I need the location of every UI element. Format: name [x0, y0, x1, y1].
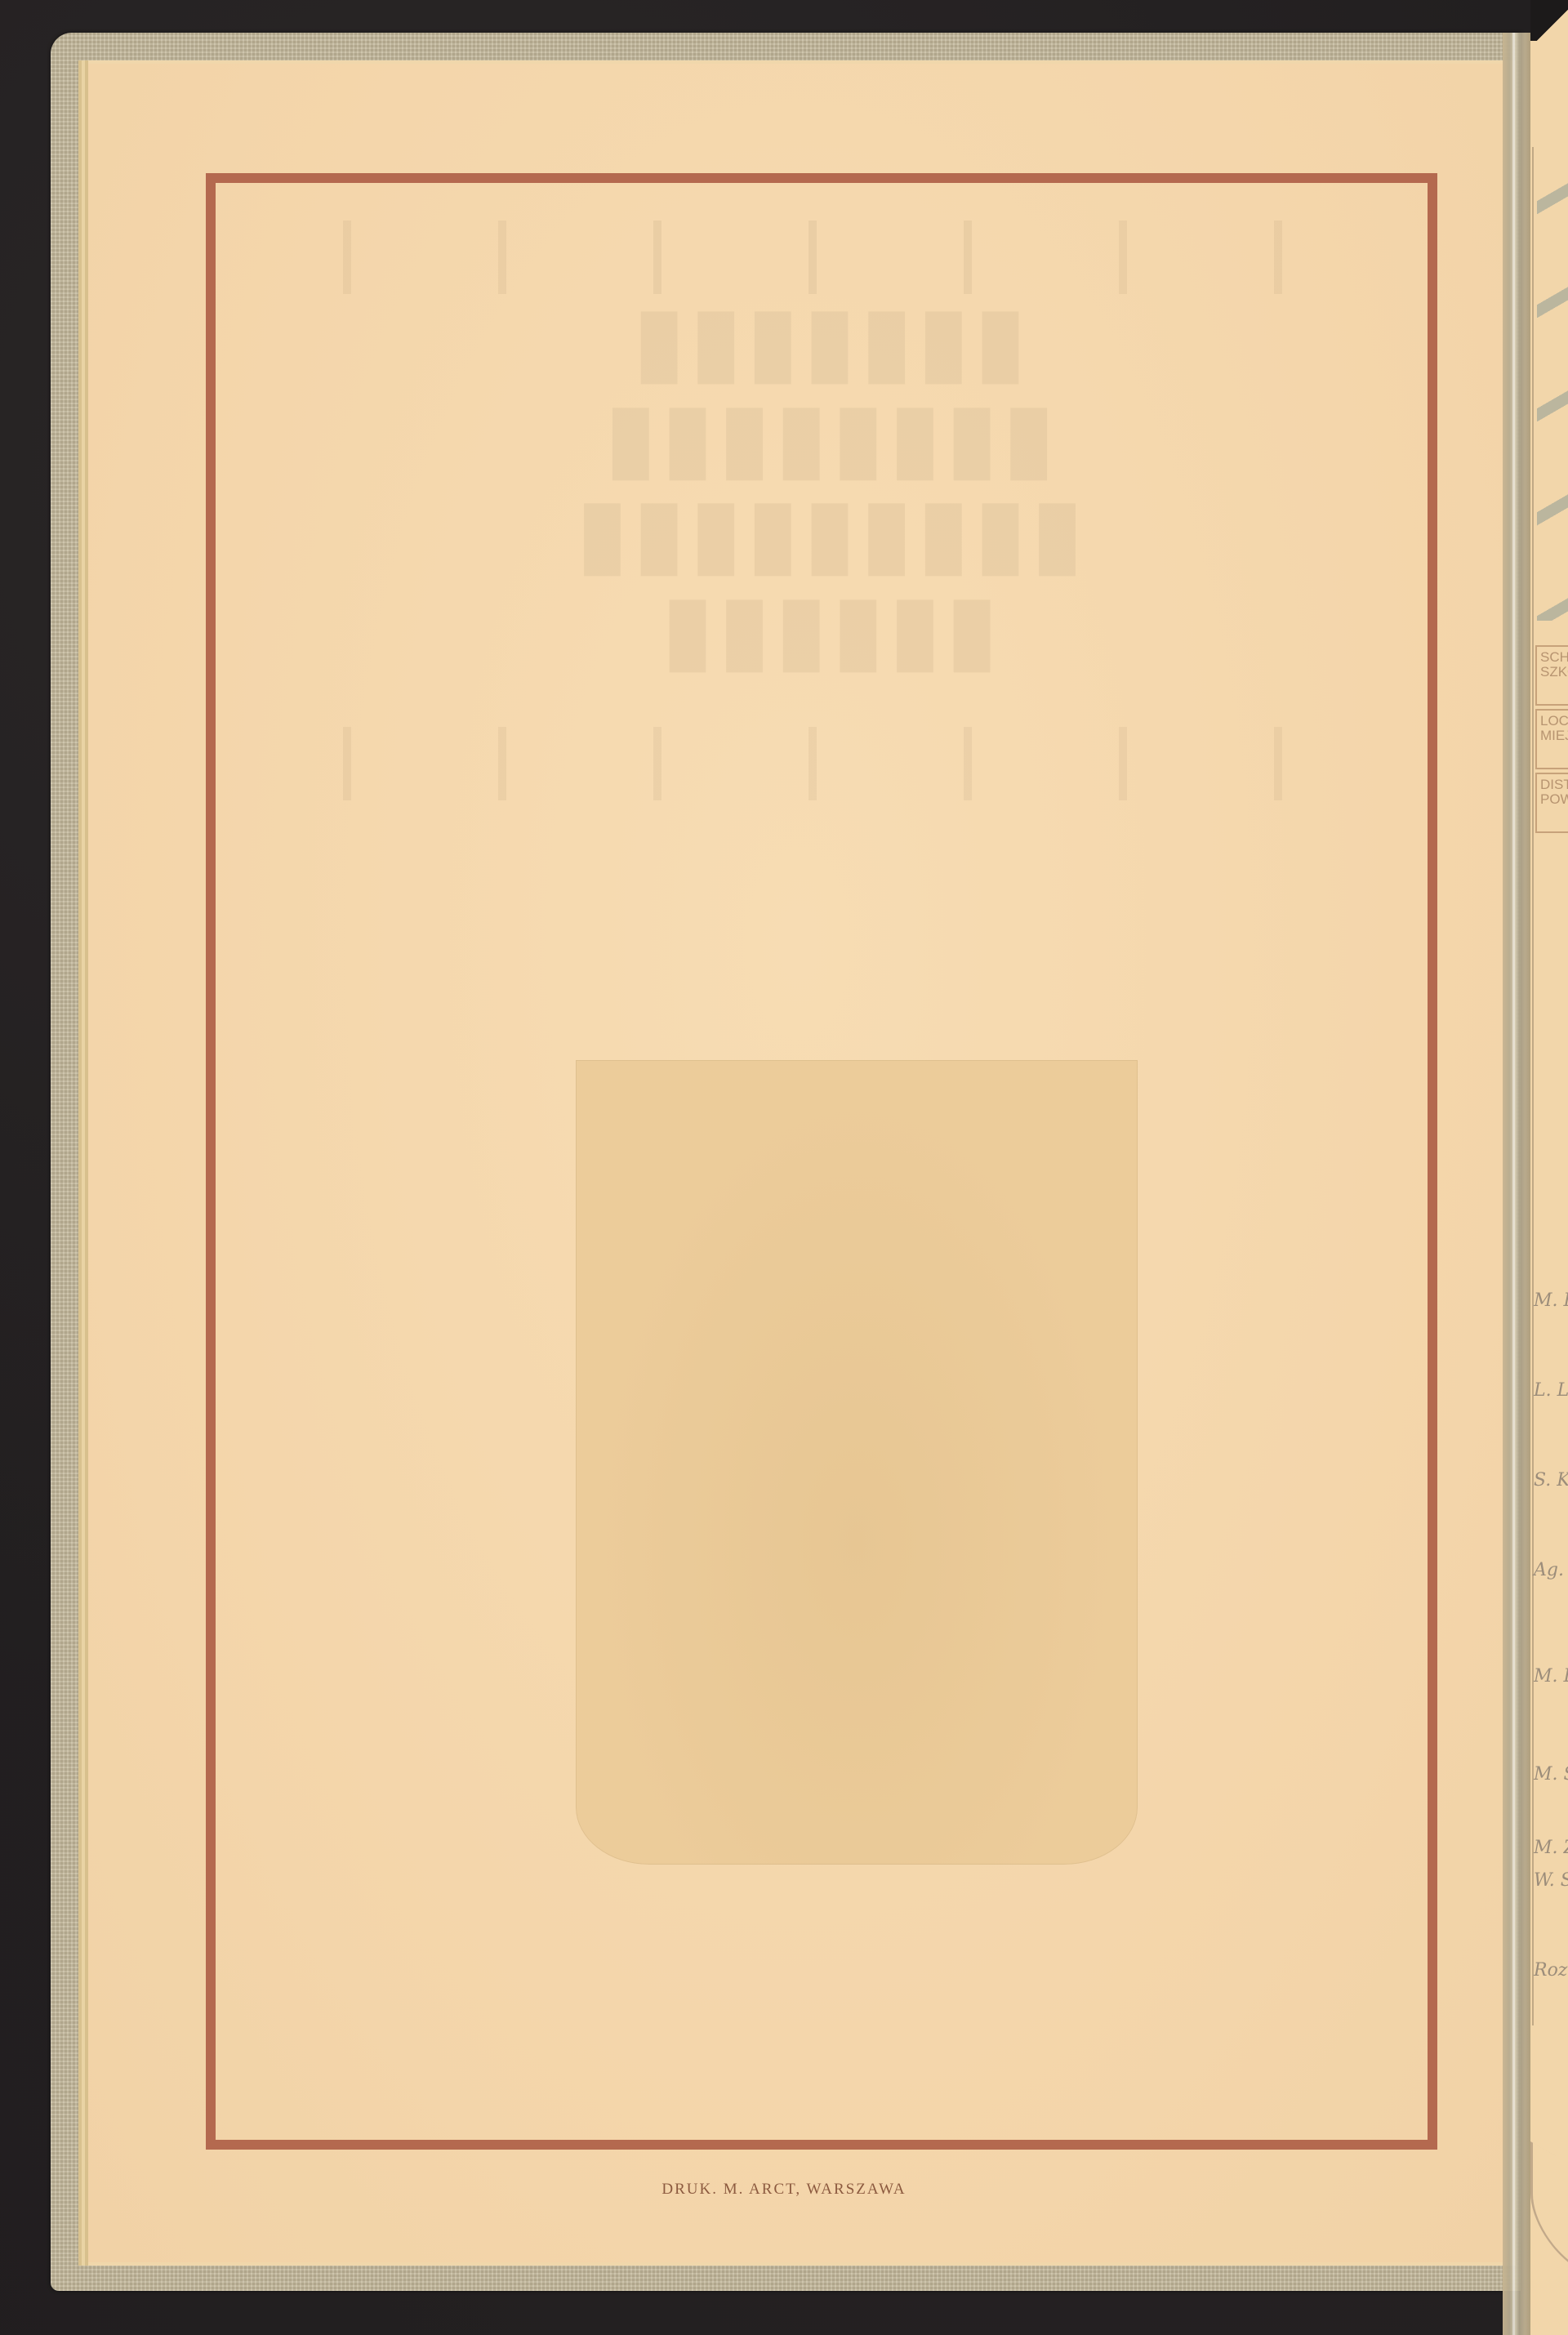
label-locality: LOCA MIEJS: [1535, 709, 1568, 769]
pasted-label-stain: [576, 1060, 1138, 1865]
label-line: POW: [1540, 791, 1568, 807]
signature: M. Löffel: [1534, 1666, 1568, 1687]
right-page-edge: SCHO SZKO LOCA MIEJS DISTR POW M. K L. L…: [1530, 0, 1568, 2335]
signature: Ag. M: [1534, 1560, 1568, 1580]
signature: M. Schi: [1534, 1764, 1568, 1785]
signature: M. K: [1534, 1290, 1568, 1311]
label-line: SZKO: [1540, 664, 1568, 680]
signature: M. Zalk: [1534, 1838, 1568, 1858]
signature: Rozalja: [1534, 1960, 1568, 1981]
corner-shadow: [1530, 0, 1568, 41]
right-page-border: [1532, 147, 1534, 2025]
label-school: SCHO SZKO: [1535, 645, 1568, 706]
label-district: DISTR POW: [1535, 773, 1568, 833]
label-line: MIEJS: [1540, 728, 1568, 743]
book-gutter: [1503, 33, 1530, 2335]
signature: W. Sani: [1534, 1870, 1568, 1891]
label-line: LOCA: [1540, 713, 1568, 729]
signature: L. Le: [1534, 1380, 1568, 1401]
label-line: SCHO: [1540, 649, 1568, 665]
chevron-ornament-icon: [1537, 163, 1568, 621]
printer-imprint: DRUK. M. ARCT, WARSZAWA: [0, 2181, 1568, 2199]
label-line: DISTR: [1540, 777, 1568, 792]
right-page-border-curve: [1530, 2141, 1568, 2271]
signature: S. Kru: [1534, 1470, 1568, 1491]
